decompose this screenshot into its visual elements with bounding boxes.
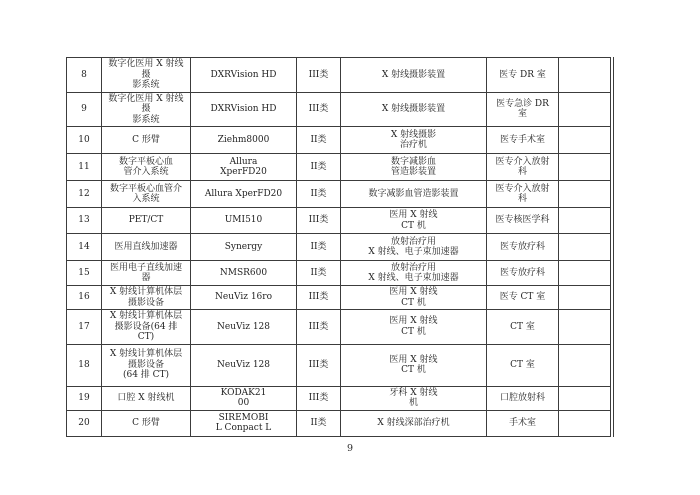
cell-name: 数字化医用 X 射线摄 影系统 xyxy=(102,92,191,127)
cell-device: X 射线摄影 治疗机 xyxy=(341,127,487,154)
cell-name: 口腔 X 射线机 xyxy=(102,386,191,410)
cell-name: X 射线计算机体层 摄影设备(64 排 CT) xyxy=(102,310,191,345)
cell-model: NeuViz 128 xyxy=(191,344,297,386)
cell-model: Allura XperFD20 xyxy=(191,154,297,181)
cell-category: II类 xyxy=(297,261,341,286)
cell-num: 18 xyxy=(67,344,102,386)
cell-blank xyxy=(559,310,611,345)
cell-category: III类 xyxy=(297,286,341,310)
cell-model: Synergy xyxy=(191,234,297,261)
cell-device: X 射线深部治疗机 xyxy=(341,410,487,436)
cell-model: NeuViz 16ro xyxy=(191,286,297,310)
cell-num: 14 xyxy=(67,234,102,261)
cell-location: CT 室 xyxy=(487,310,559,345)
cell-model: DXRVision HD xyxy=(191,58,297,93)
cell-blank xyxy=(559,181,611,208)
cell-name: 数字平板心血 管介入系统 xyxy=(102,154,191,181)
table-row: 8数字化医用 X 射线摄 影系统DXRVision HDIII类X 射线摄影装置… xyxy=(67,58,611,93)
cell-model: SIREMOBI L Conpact L xyxy=(191,410,297,436)
cell-num: 10 xyxy=(67,127,102,154)
equipment-table-wrap: 8数字化医用 X 射线摄 影系统DXRVision HDIII类X 射线摄影装置… xyxy=(66,57,610,437)
cell-location: 手术室 xyxy=(487,410,559,436)
cell-name: C 形臂 xyxy=(102,127,191,154)
table-row: 9数字化医用 X 射线摄 影系统DXRVision HDIII类X 射线摄影装置… xyxy=(67,92,611,127)
cell-name: X 射线计算机体层 摄影设备 (64 排 CT) xyxy=(102,344,191,386)
cell-device: X 射线摄影装置 xyxy=(341,58,487,93)
cell-device: 牙科 X 射线 机 xyxy=(341,386,487,410)
cell-category: II类 xyxy=(297,181,341,208)
cell-model: DXRVision HD xyxy=(191,92,297,127)
cell-blank xyxy=(559,386,611,410)
cell-location: 医专核医学科 xyxy=(487,208,559,234)
cell-model: KODAK21 00 xyxy=(191,386,297,410)
cell-category: II类 xyxy=(297,234,341,261)
cell-blank xyxy=(559,127,611,154)
cell-device: 数字减影血 管造影装置 xyxy=(341,154,487,181)
cell-blank xyxy=(559,410,611,436)
cell-location: 医专介入放射 科 xyxy=(487,181,559,208)
cell-category: II类 xyxy=(297,154,341,181)
cell-model: NeuViz 128 xyxy=(191,310,297,345)
table-row: 17X 射线计算机体层 摄影设备(64 排 CT)NeuViz 128III类医… xyxy=(67,310,611,345)
equipment-table: 8数字化医用 X 射线摄 影系统DXRVision HDIII类X 射线摄影装置… xyxy=(66,57,611,437)
table-row: 16X 射线计算机体层 摄影设备NeuViz 16roIII类医用 X 射线 C… xyxy=(67,286,611,310)
cell-name: C 形臂 xyxy=(102,410,191,436)
table-row: 19口腔 X 射线机KODAK21 00III类牙科 X 射线 机口腔放射科 xyxy=(67,386,611,410)
table-row: 13PET/CTUMI510III类医用 X 射线 CT 机医专核医学科 xyxy=(67,208,611,234)
cell-blank xyxy=(559,286,611,310)
cell-device: 医用 X 射线 CT 机 xyxy=(341,310,487,345)
cell-num: 12 xyxy=(67,181,102,208)
cell-category: III类 xyxy=(297,208,341,234)
cell-blank xyxy=(559,92,611,127)
cell-num: 9 xyxy=(67,92,102,127)
cell-location: 医专手术室 xyxy=(487,127,559,154)
cell-device: 放射治疗用 X 射线、电子束加速器 xyxy=(341,261,487,286)
cell-name: 医用直线加速器 xyxy=(102,234,191,261)
table-row: 15医用电子直线加速 器NMSR600II类放射治疗用 X 射线、电子束加速器医… xyxy=(67,261,611,286)
cell-location: 口腔放射科 xyxy=(487,386,559,410)
cell-location: 医专 DR 室 xyxy=(487,58,559,93)
cell-name: PET/CT xyxy=(102,208,191,234)
cell-device: 医用 X 射线 CT 机 xyxy=(341,344,487,386)
table-row: 18X 射线计算机体层 摄影设备 (64 排 CT)NeuViz 128III类… xyxy=(67,344,611,386)
cell-num: 15 xyxy=(67,261,102,286)
cell-num: 16 xyxy=(67,286,102,310)
cell-location: 医专 CT 室 xyxy=(487,286,559,310)
cell-device: X 射线摄影装置 xyxy=(341,92,487,127)
cell-location: 医专放疗科 xyxy=(487,234,559,261)
cell-num: 8 xyxy=(67,58,102,93)
cell-num: 19 xyxy=(67,386,102,410)
cell-blank xyxy=(559,208,611,234)
table-row: 20C 形臂SIREMOBI L Conpact LII类X 射线深部治疗机手术… xyxy=(67,410,611,436)
cell-blank xyxy=(559,58,611,93)
cell-device: 医用 X 射线 CT 机 xyxy=(341,286,487,310)
cell-device: 放射治疗用 X 射线、电子束加速器 xyxy=(341,234,487,261)
document-page: 8数字化医用 X 射线摄 影系统DXRVision HDIII类X 射线摄影装置… xyxy=(0,0,700,495)
cell-category: III类 xyxy=(297,310,341,345)
cell-category: II类 xyxy=(297,410,341,436)
cell-device: 医用 X 射线 CT 机 xyxy=(341,208,487,234)
cell-model: Allura XperFD20 xyxy=(191,181,297,208)
cell-name: X 射线计算机体层 摄影设备 xyxy=(102,286,191,310)
cell-category: III类 xyxy=(297,92,341,127)
cell-name: 医用电子直线加速 器 xyxy=(102,261,191,286)
cell-category: III类 xyxy=(297,58,341,93)
cell-location: CT 室 xyxy=(487,344,559,386)
cell-blank xyxy=(559,261,611,286)
cell-num: 13 xyxy=(67,208,102,234)
cell-num: 20 xyxy=(67,410,102,436)
cell-location: 医专放疗科 xyxy=(487,261,559,286)
cell-blank xyxy=(559,154,611,181)
cell-model: UMI510 xyxy=(191,208,297,234)
cell-num: 11 xyxy=(67,154,102,181)
cell-model: NMSR600 xyxy=(191,261,297,286)
cell-location: 医专介入放射 科 xyxy=(487,154,559,181)
cell-device: 数字减影血管造影装置 xyxy=(341,181,487,208)
cell-name: 数字平板心血管介 入系统 xyxy=(102,181,191,208)
cell-category: II类 xyxy=(297,127,341,154)
cell-model: Ziehm8000 xyxy=(191,127,297,154)
table-row: 10C 形臂Ziehm8000II类X 射线摄影 治疗机医专手术室 xyxy=(67,127,611,154)
page-number: 9 xyxy=(0,443,700,454)
cell-num: 17 xyxy=(67,310,102,345)
table-row: 11数字平板心血 管介入系统Allura XperFD20II类数字减影血 管造… xyxy=(67,154,611,181)
cell-blank xyxy=(559,234,611,261)
cell-name: 数字化医用 X 射线摄 影系统 xyxy=(102,58,191,93)
cell-blank xyxy=(559,344,611,386)
cell-category: III类 xyxy=(297,344,341,386)
table-row: 14医用直线加速器SynergyII类放射治疗用 X 射线、电子束加速器医专放疗… xyxy=(67,234,611,261)
cell-category: III类 xyxy=(297,386,341,410)
equipment-table-body: 8数字化医用 X 射线摄 影系统DXRVision HDIII类X 射线摄影装置… xyxy=(67,58,611,437)
cell-location: 医专急诊 DR 室 xyxy=(487,92,559,127)
table-row: 12数字平板心血管介 入系统Allura XperFD20II类数字减影血管造影… xyxy=(67,181,611,208)
